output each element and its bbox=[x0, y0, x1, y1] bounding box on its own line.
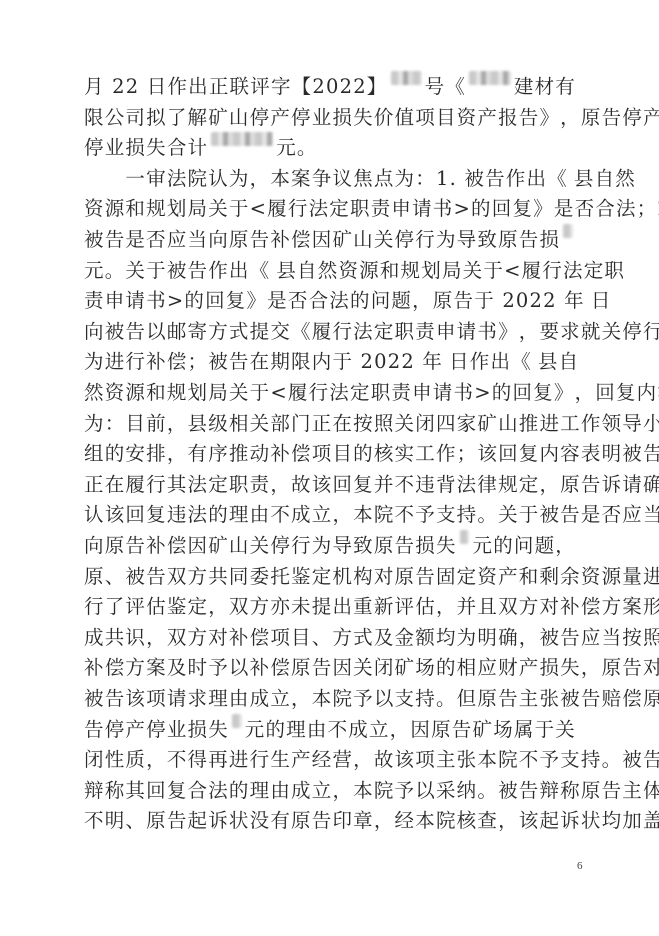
text-char: 建 bbox=[514, 71, 535, 102]
text-char: 请 bbox=[167, 683, 188, 714]
text-char: 1 bbox=[436, 163, 450, 194]
text-char: ， bbox=[519, 622, 540, 653]
text-char: 门 bbox=[291, 408, 312, 439]
text-char: 向 bbox=[84, 316, 105, 347]
text-char: 于 bbox=[483, 255, 504, 286]
text-char: 持 bbox=[415, 683, 436, 714]
text-char: 偿 bbox=[581, 591, 602, 622]
text-char: 法 bbox=[309, 193, 330, 224]
text-char: 作 bbox=[208, 255, 229, 286]
text-char: 告 bbox=[519, 775, 540, 806]
text-char: 公 bbox=[105, 102, 126, 133]
text-char: 责 bbox=[415, 316, 436, 347]
text-char: 否 bbox=[575, 193, 596, 224]
text-char: 原 bbox=[498, 224, 519, 255]
text-char: 的 bbox=[208, 499, 229, 530]
text-char: 没 bbox=[250, 805, 271, 836]
text-char: 书 bbox=[477, 316, 498, 347]
text-char: 产 bbox=[477, 102, 498, 133]
text-char: 于 bbox=[519, 499, 540, 530]
text-char: 于 bbox=[332, 346, 353, 377]
text-char: 式 bbox=[353, 622, 374, 653]
text-char: 因 bbox=[312, 224, 333, 255]
text-char: 2 bbox=[543, 285, 557, 316]
text-char: 识 bbox=[125, 622, 146, 653]
text-char: 的 bbox=[353, 438, 374, 469]
document-page: 月 22 日作出正联评字【2022】号《建材有限公司拟了解矿山停产停业损失价值项… bbox=[0, 0, 659, 936]
text-char: 告 bbox=[643, 438, 659, 469]
text-char: 予 bbox=[208, 652, 229, 683]
text-char: 的 bbox=[184, 285, 205, 316]
text-char: ； bbox=[637, 193, 658, 224]
text-char: 原 bbox=[291, 805, 312, 836]
text-char: 失 bbox=[208, 714, 229, 745]
text-char: 明 bbox=[602, 438, 623, 469]
text-char: 盖 bbox=[643, 805, 659, 836]
text-char: 成 bbox=[291, 775, 312, 806]
text-char: 偿 bbox=[167, 346, 188, 377]
text-char: 就 bbox=[581, 316, 602, 347]
text-char: 原 bbox=[643, 683, 659, 714]
text-char: 书 bbox=[433, 193, 454, 224]
text-char: ， bbox=[390, 714, 411, 745]
text-char: 状 bbox=[229, 805, 250, 836]
text-char: 关 bbox=[208, 193, 229, 224]
text-char: 工 bbox=[415, 438, 436, 469]
text-char: 【 bbox=[292, 71, 313, 102]
redacted-block bbox=[469, 71, 511, 85]
text-char: 性 bbox=[105, 744, 126, 775]
text-char: 不 bbox=[395, 499, 416, 530]
text-char: 赔 bbox=[602, 683, 623, 714]
text-char: 共 bbox=[208, 561, 229, 592]
text-char: 持 bbox=[457, 499, 478, 530]
text-char: 偿 bbox=[270, 652, 291, 683]
text-char: ， bbox=[519, 316, 540, 347]
text-char: 被 bbox=[84, 683, 105, 714]
text-char: 闭 bbox=[415, 408, 436, 439]
text-char: 其 bbox=[167, 469, 188, 500]
text-char: 属 bbox=[514, 714, 535, 745]
text-char: 核 bbox=[374, 438, 395, 469]
text-char: 0 bbox=[326, 71, 340, 102]
redacted-block bbox=[211, 132, 273, 146]
text-char: 关 bbox=[498, 499, 519, 530]
text-char: 补 bbox=[250, 652, 271, 683]
text-char: 行 bbox=[643, 316, 659, 347]
text-char: 于 bbox=[535, 714, 556, 745]
text-char: 日 bbox=[147, 71, 168, 102]
text-line: 成共识，双方对补偿项目、方式及金额均为明确，被告应当按照 bbox=[84, 622, 576, 653]
text-char: 。 bbox=[602, 744, 623, 775]
text-char: 向 bbox=[84, 530, 105, 561]
text-char: 机 bbox=[332, 561, 353, 592]
text-char: 行 bbox=[84, 591, 105, 622]
text-char: 对 bbox=[539, 591, 560, 622]
text-char: 停 bbox=[105, 714, 126, 745]
text-char: ； bbox=[188, 346, 209, 377]
text-char: 划 bbox=[188, 377, 209, 408]
text-char: ； bbox=[457, 438, 478, 469]
text-char: 矿 bbox=[395, 652, 416, 683]
text-char: 被 bbox=[125, 561, 146, 592]
text-line: 被告是否应当向原告补偿因矿山关停行为导致原告损 bbox=[84, 224, 576, 255]
text-line: 闭性质，不得再进行生产经营，故该项主张本院不予支持。被告 bbox=[84, 744, 576, 775]
text-char: 业 bbox=[105, 132, 126, 163]
text-char: 对 bbox=[374, 561, 395, 592]
text-char: 不 bbox=[270, 499, 291, 530]
text-char: 被 bbox=[622, 744, 643, 775]
text-char: 复 bbox=[616, 377, 637, 408]
text-char: 合 bbox=[309, 285, 330, 316]
text-char: 院 bbox=[332, 683, 353, 714]
text-char: 告 bbox=[105, 224, 126, 255]
text-char: 均 bbox=[436, 622, 457, 653]
text-char: ， bbox=[560, 102, 581, 133]
text-char: 规 bbox=[498, 469, 519, 500]
text-char: 告 bbox=[188, 255, 209, 286]
text-char: 确 bbox=[643, 469, 659, 500]
text-char: 2 bbox=[388, 346, 402, 377]
text-char: 元 bbox=[245, 714, 266, 745]
text-char: 》 bbox=[539, 102, 560, 133]
text-char: 合 bbox=[167, 132, 188, 163]
text-char: ， bbox=[575, 377, 596, 408]
text-char: 。 bbox=[477, 775, 498, 806]
text-char: > bbox=[474, 377, 492, 408]
text-char: 理 bbox=[286, 714, 307, 745]
text-char: 题 bbox=[535, 530, 556, 561]
text-char: 的 bbox=[492, 377, 513, 408]
text-char: 且 bbox=[477, 591, 498, 622]
text-char: 关 bbox=[125, 255, 146, 286]
text-char: 支 bbox=[560, 744, 581, 775]
text-char: 损 bbox=[188, 714, 209, 745]
text-char: 问 bbox=[514, 530, 535, 561]
text-char: 双 bbox=[167, 622, 188, 653]
text-char: 家 bbox=[457, 408, 478, 439]
text-char: 关 bbox=[463, 255, 484, 286]
text-char: 县 bbox=[188, 408, 209, 439]
text-char: 职 bbox=[371, 377, 392, 408]
text-char: 然 bbox=[615, 163, 636, 194]
text-char bbox=[495, 285, 502, 316]
text-char: 行 bbox=[288, 193, 309, 224]
text-char: 局 bbox=[208, 377, 229, 408]
text-char: 排 bbox=[146, 438, 167, 469]
text-char: 和 bbox=[519, 561, 540, 592]
text-char: 材 bbox=[535, 71, 556, 102]
text-line: 原、被告双方共同委托鉴定机构对原告固定资产和剩余资源量进 bbox=[84, 561, 576, 592]
text-char: 是 bbox=[125, 224, 146, 255]
text-char: 经 bbox=[395, 805, 416, 836]
text-char: 原 bbox=[581, 102, 602, 133]
text-char: 否 bbox=[146, 224, 167, 255]
text-char: ， bbox=[374, 805, 395, 836]
text-char: 核 bbox=[457, 805, 478, 836]
text-char: 主 bbox=[519, 683, 540, 714]
text-char: 予 bbox=[353, 683, 374, 714]
text-char: 被 bbox=[622, 438, 643, 469]
text-char: < bbox=[250, 193, 268, 224]
text-char: 书 bbox=[146, 285, 167, 316]
text-char: 于 bbox=[146, 255, 167, 286]
text-char: 山 bbox=[353, 224, 374, 255]
text-char: 告 bbox=[105, 683, 126, 714]
text-char: 联 bbox=[230, 71, 251, 102]
text-char: 诉 bbox=[208, 805, 229, 836]
text-char: 案 bbox=[622, 591, 643, 622]
text-char: 告 bbox=[415, 561, 436, 592]
text-char: 违 bbox=[415, 469, 436, 500]
text-char: 损 bbox=[539, 652, 560, 683]
text-char: 司 bbox=[125, 102, 146, 133]
text-char: 项 bbox=[146, 683, 167, 714]
text-char: 该 bbox=[519, 805, 540, 836]
text-char: 行 bbox=[332, 316, 353, 347]
text-char: 院 bbox=[374, 775, 395, 806]
text-char: 诉 bbox=[560, 805, 581, 836]
text-char: 本 bbox=[415, 805, 436, 836]
text-char: 资 bbox=[457, 102, 478, 133]
text-char: 元 bbox=[84, 255, 105, 286]
text-char: 原 bbox=[395, 561, 416, 592]
text-char: 及 bbox=[374, 622, 395, 653]
text-char: 闭 bbox=[84, 744, 105, 775]
text-line: 向原告补偿因矿山关停行为导致原告损失元的问题， bbox=[84, 530, 576, 561]
text-char: 补 bbox=[146, 530, 167, 561]
text-char: 财 bbox=[498, 652, 519, 683]
text-char: 补 bbox=[146, 346, 167, 377]
text-char: 产 bbox=[498, 561, 519, 592]
text-line: 辩称其回复合法的理由成立，本院予以采纳。被告辩称原告主体 bbox=[84, 775, 576, 806]
text-char: 告 bbox=[312, 652, 333, 683]
text-char: 职 bbox=[604, 255, 625, 286]
text-char: 其 bbox=[125, 775, 146, 806]
text-char: 目 bbox=[125, 408, 146, 439]
text-char: 闭 bbox=[374, 652, 395, 683]
text-line: 被告该项请求理由成立，本院予以支持。但原告主张被告赔偿原 bbox=[84, 683, 576, 714]
text-char: 停 bbox=[291, 102, 312, 133]
text-char: 予 bbox=[395, 775, 416, 806]
text-char: 划 bbox=[421, 255, 442, 286]
text-char: 起 bbox=[539, 805, 560, 836]
text-char: 定 bbox=[329, 193, 350, 224]
text-char bbox=[84, 163, 105, 194]
text-char: 关 bbox=[250, 530, 271, 561]
text-char: 内 bbox=[539, 438, 560, 469]
text-char: 。 bbox=[297, 132, 318, 163]
text-char: 为 bbox=[312, 530, 333, 561]
text-char: 评 bbox=[250, 71, 271, 102]
text-char: 损 bbox=[415, 530, 436, 561]
text-char: 场 bbox=[415, 652, 436, 683]
text-char: 告 bbox=[125, 530, 146, 561]
text-char: 表 bbox=[581, 438, 602, 469]
text-char: 院 bbox=[188, 163, 209, 194]
text-char: 明 bbox=[105, 805, 126, 836]
text-char: 告 bbox=[395, 530, 416, 561]
text-char: 内 bbox=[637, 377, 658, 408]
text-char: 责 bbox=[250, 469, 271, 500]
text-char: 报 bbox=[498, 102, 519, 133]
text-char: 状 bbox=[581, 805, 602, 836]
text-char: 告 bbox=[146, 561, 167, 592]
text-char: 起 bbox=[188, 805, 209, 836]
text-char: 停 bbox=[84, 132, 105, 163]
text-char: 停 bbox=[250, 102, 271, 133]
text-char: 请 bbox=[433, 377, 454, 408]
text-char: ： bbox=[105, 408, 126, 439]
text-char: 申 bbox=[412, 377, 433, 408]
text-char: ， bbox=[555, 530, 576, 561]
text-char: 容 bbox=[560, 438, 581, 469]
text-char: 出 bbox=[188, 71, 209, 102]
text-char: 进 bbox=[105, 346, 126, 377]
text-char: 导 bbox=[622, 408, 643, 439]
text-char: 以 bbox=[229, 652, 250, 683]
text-char: 、 bbox=[125, 805, 146, 836]
text-char: 的 bbox=[436, 652, 457, 683]
text-char: 该 bbox=[125, 683, 146, 714]
text-char: 法 bbox=[457, 469, 478, 500]
text-char: 新 bbox=[374, 591, 395, 622]
text-char: 县 bbox=[276, 255, 297, 286]
text-char: 、 bbox=[105, 561, 126, 592]
text-char: 因 bbox=[332, 652, 353, 683]
text-char: 并 bbox=[374, 469, 395, 500]
text-char: 请 bbox=[412, 193, 433, 224]
text-char: 背 bbox=[436, 469, 457, 500]
text-char: 资 bbox=[338, 255, 359, 286]
text-char: 关 bbox=[395, 408, 416, 439]
text-char: 原 bbox=[477, 683, 498, 714]
text-char: 估 bbox=[146, 591, 167, 622]
text-char: 方 bbox=[332, 622, 353, 653]
text-char: 案 bbox=[291, 163, 312, 194]
text-char: 按 bbox=[353, 408, 374, 439]
text-char: 该 bbox=[312, 469, 333, 500]
text-char: ， bbox=[167, 438, 188, 469]
text-char: 法 bbox=[616, 193, 637, 224]
text-char: 山 bbox=[229, 102, 250, 133]
text-char: 纳 bbox=[457, 775, 478, 806]
text-char: 方 bbox=[602, 591, 623, 622]
text-char: 偿 bbox=[622, 683, 643, 714]
text-char: 偿 bbox=[250, 622, 271, 653]
text-char: 复 bbox=[533, 377, 554, 408]
text-char: 告 bbox=[560, 499, 581, 530]
text-char: 法 bbox=[329, 377, 350, 408]
text-char: 亦 bbox=[270, 591, 291, 622]
text-char: 邮 bbox=[167, 316, 188, 347]
text-line: 正在履行其法定职责，故该回复并不违背法律规定，原告诉请确 bbox=[84, 469, 576, 500]
text-line: 为进行补偿；被告在期限内于 2022 年日作出《县自 bbox=[84, 346, 576, 377]
text-char: 持 bbox=[581, 744, 602, 775]
text-line: 告停产停业损失元的理由不成立，因原告矿场属于关 bbox=[84, 714, 576, 745]
text-char: 认 bbox=[84, 499, 105, 530]
text-char: 合 bbox=[595, 193, 616, 224]
text-char: 《 bbox=[445, 71, 466, 102]
text-char: 并 bbox=[457, 591, 478, 622]
text-char: 法 bbox=[208, 775, 229, 806]
text-char: 期 bbox=[270, 346, 291, 377]
text-char: 加 bbox=[622, 805, 643, 836]
text-char: 法 bbox=[188, 499, 209, 530]
text-char: 矿 bbox=[208, 102, 229, 133]
text-char: 由 bbox=[229, 683, 250, 714]
text-char: 告 bbox=[560, 622, 581, 653]
text-char: 违 bbox=[167, 499, 188, 530]
text-char: 印 bbox=[332, 805, 353, 836]
text-char: 提 bbox=[312, 591, 333, 622]
text-char: 回 bbox=[595, 377, 616, 408]
text-char: 再 bbox=[208, 744, 229, 775]
text-char: 序 bbox=[208, 438, 229, 469]
text-char: 同 bbox=[229, 561, 250, 592]
text-char: 支 bbox=[436, 499, 457, 530]
text-char: 场 bbox=[493, 714, 514, 745]
text-char: 告 bbox=[167, 805, 188, 836]
text-char: 年 bbox=[422, 346, 443, 377]
text-char: 前 bbox=[146, 408, 167, 439]
text-char: 应 bbox=[167, 224, 188, 255]
text-char: 于 bbox=[229, 193, 250, 224]
text-char: 补 bbox=[84, 652, 105, 683]
text-char: 求 bbox=[188, 683, 209, 714]
text-char: 县 bbox=[538, 346, 559, 377]
text-char: 该 bbox=[105, 499, 126, 530]
text-char: 然 bbox=[318, 255, 339, 286]
text-char: 质 bbox=[125, 744, 146, 775]
text-char: 为 bbox=[436, 224, 457, 255]
text-char: 《 bbox=[291, 316, 312, 347]
redacted-block bbox=[232, 714, 242, 728]
text-char: 回 bbox=[205, 285, 226, 316]
text-char: 交 bbox=[270, 316, 291, 347]
text-char: 律 bbox=[477, 469, 498, 500]
text-char: 不 bbox=[167, 744, 188, 775]
text-char: 法 bbox=[329, 285, 350, 316]
text-char: 正 bbox=[209, 71, 230, 102]
text-line: 向被告以邮寄方式提交《履行法定职责申请书》，要求就关停行 bbox=[84, 316, 576, 347]
text-char: 被 bbox=[539, 499, 560, 530]
text-char: 责 bbox=[391, 377, 412, 408]
text-char: 量 bbox=[622, 561, 643, 592]
text-char: 由 bbox=[250, 499, 271, 530]
text-char: ， bbox=[353, 744, 374, 775]
text-char: 原 bbox=[84, 561, 105, 592]
text-char: 相 bbox=[457, 652, 478, 683]
text-char: 固 bbox=[436, 561, 457, 592]
text-char: 失 bbox=[353, 102, 374, 133]
text-char bbox=[557, 285, 564, 316]
text-char: 。 bbox=[436, 683, 457, 714]
text-char: 偿 bbox=[105, 652, 126, 683]
text-char: 、 bbox=[312, 622, 333, 653]
text-char bbox=[415, 346, 422, 377]
text-char: 合 bbox=[188, 775, 209, 806]
text-char: 定 bbox=[208, 469, 229, 500]
text-char: 停 bbox=[395, 224, 416, 255]
text-char: 和 bbox=[380, 255, 401, 286]
text-char: 院 bbox=[498, 744, 519, 775]
text-char: 法 bbox=[188, 469, 209, 500]
text-char: 停 bbox=[270, 530, 291, 561]
text-char: 了 bbox=[105, 591, 126, 622]
text-char: 》 bbox=[246, 285, 267, 316]
text-char: 行 bbox=[542, 255, 563, 286]
